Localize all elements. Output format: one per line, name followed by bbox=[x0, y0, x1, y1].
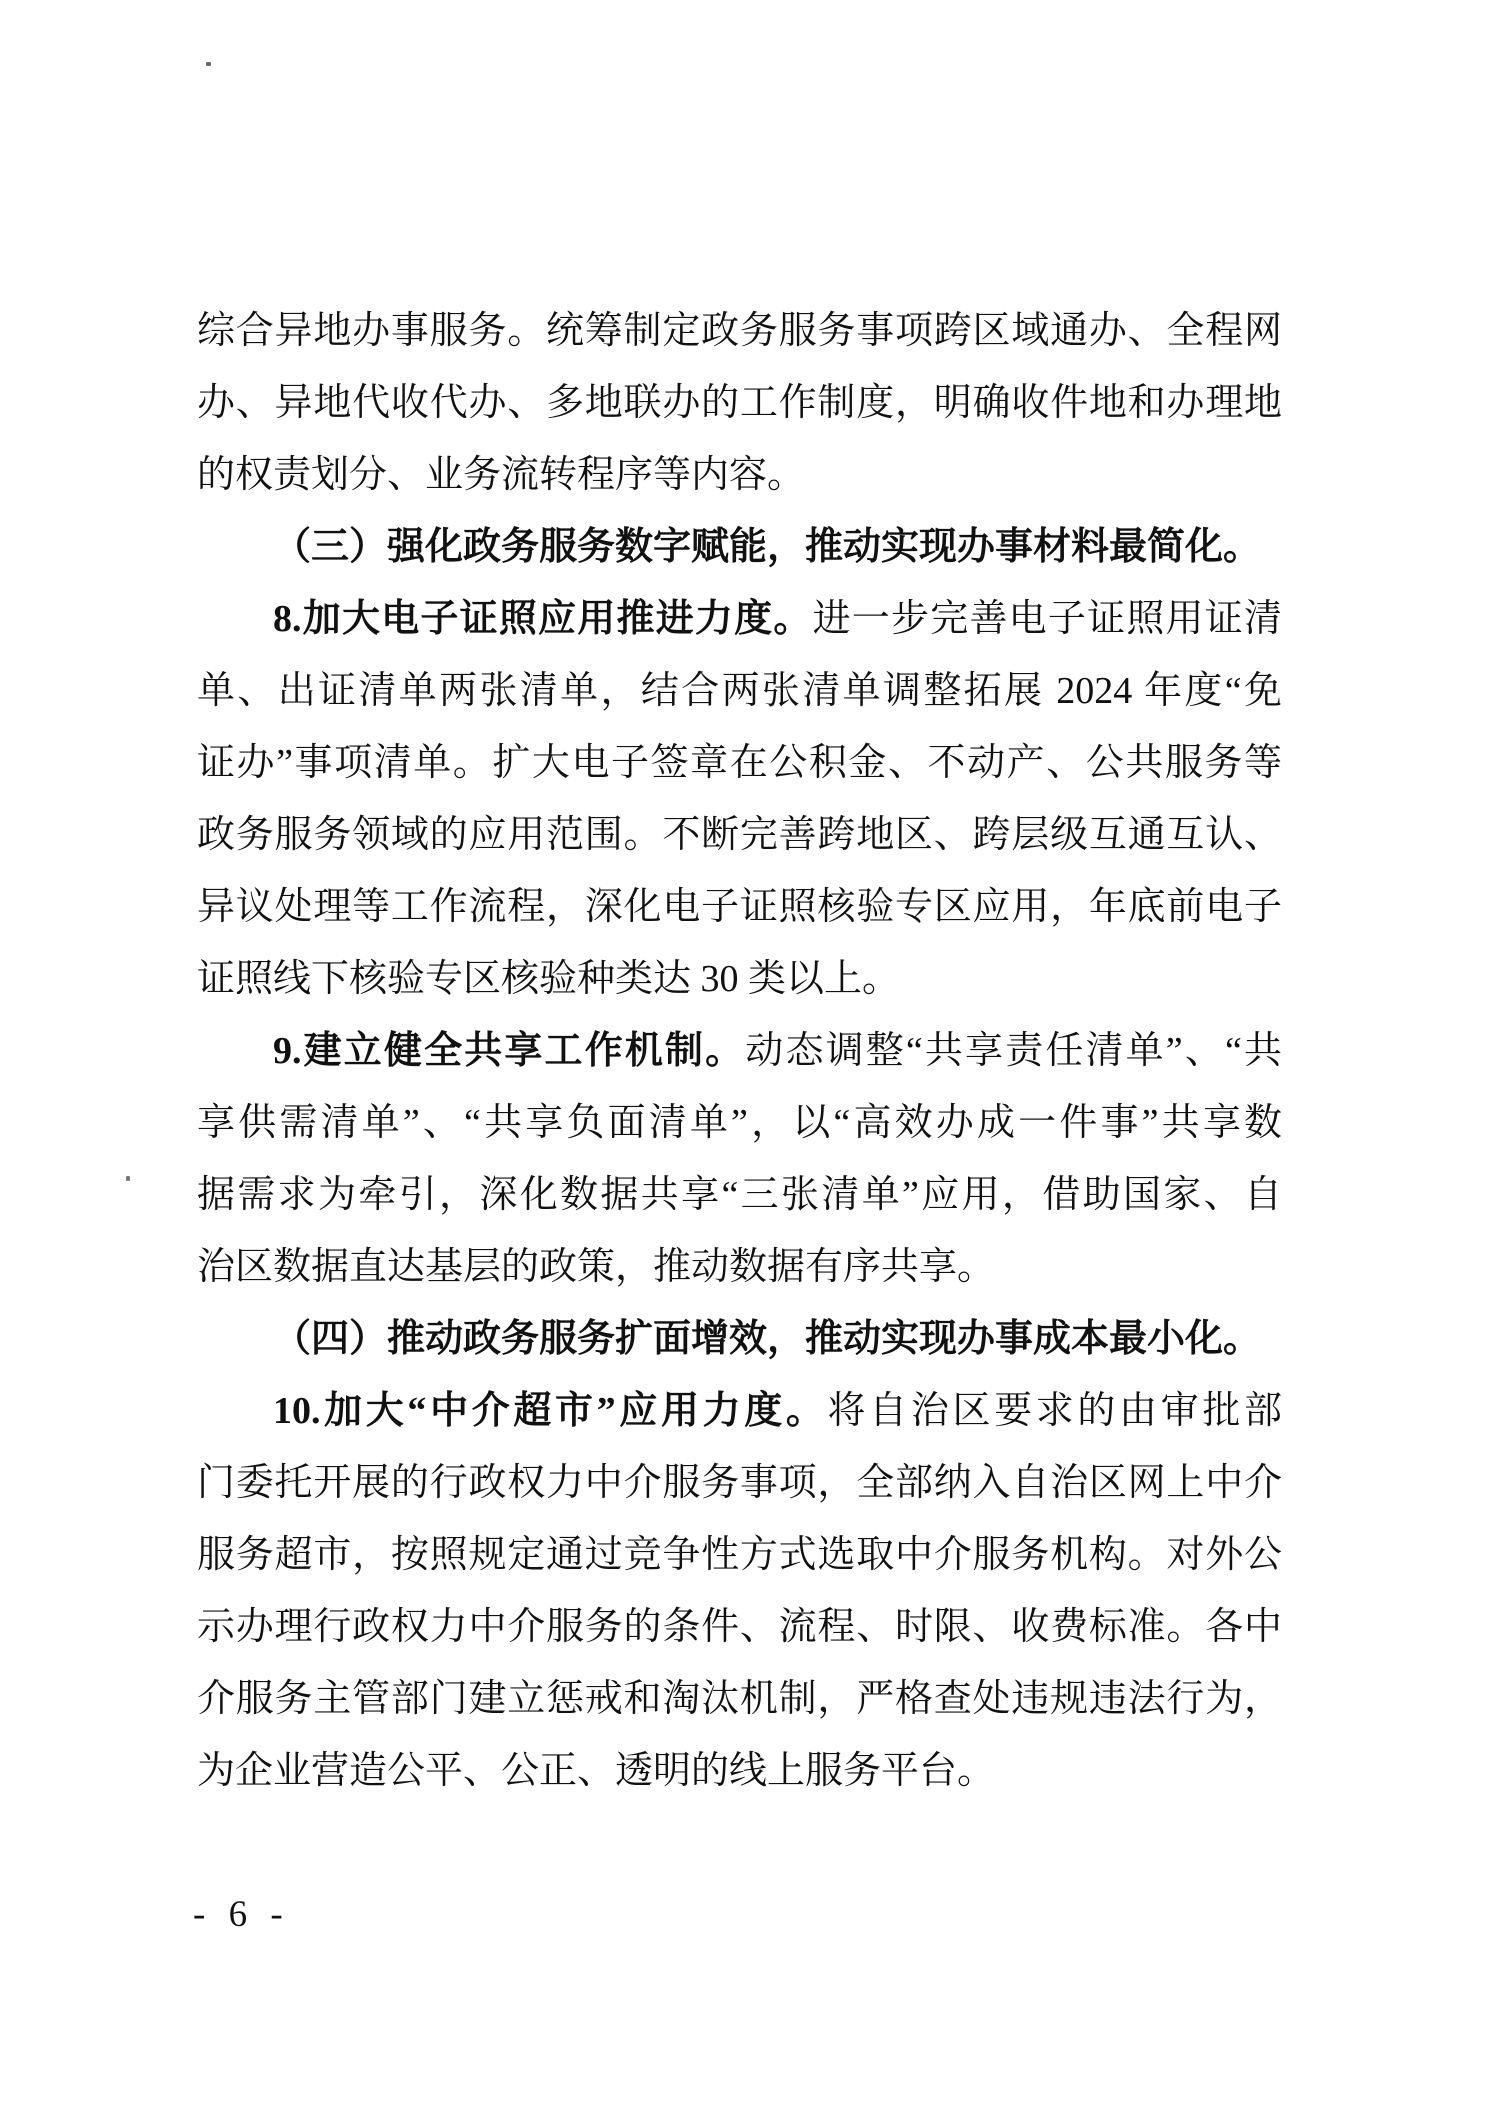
heading-text: （三）强化政务服务数字赋能，推动实现办事材料最简化。 bbox=[273, 526, 1261, 568]
paragraph-line: 证办”事项清单。扩大电子签章在公积金、不动产、公共服务等 bbox=[197, 727, 1282, 799]
paragraph-line: 证照线下核验专区核验种类达 30 类以上。 bbox=[197, 943, 1282, 1015]
paragraph-line: 的权责划分、业务流转程序等内容。 bbox=[197, 439, 1282, 511]
line-text: 动态调整“共享责任清单”、“共 bbox=[745, 1030, 1282, 1072]
line-text: 介服务主管部门建立惩戒和淘汰机制，严格查处违规违法行为， bbox=[197, 1678, 1282, 1720]
paragraph-line: 示办理行政权力中介服务的条件、流程、时限、收费标准。各中 bbox=[197, 1591, 1282, 1663]
item-lead: 8.加大电子证照应用推进力度。 bbox=[273, 598, 813, 640]
line-text: 证办”事项清单。扩大电子签章在公积金、不动产、公共服务等 bbox=[197, 742, 1282, 784]
item-lead: 9.建立健全共享工作机制。 bbox=[273, 1030, 745, 1072]
scan-speck bbox=[206, 62, 211, 66]
line-text: 单、出证清单两张清单，结合两张清单调整拓展 2024 年度“免 bbox=[197, 670, 1282, 712]
line-text: 示办理行政权力中介服务的条件、流程、时限、收费标准。各中 bbox=[197, 1606, 1282, 1648]
paragraph-line: 异议处理等工作流程，深化电子证照核验专区应用，年底前电子 bbox=[197, 871, 1282, 943]
heading-text: （四）推动政务服务扩面增效，推动实现办事成本最小化。 bbox=[273, 1318, 1261, 1360]
paragraph-line: 服务超市，按照规定通过竞争性方式选取中介服务机构。对外公 bbox=[197, 1519, 1282, 1591]
line-text: 政务服务领域的应用范围。不断完善跨地区、跨层级互通互认、 bbox=[197, 814, 1282, 856]
paragraph-line: 门委托开展的行政权力中介服务事项，全部纳入自治区网上中介 bbox=[197, 1447, 1282, 1519]
line-text: 享供需清单”、“共享负面清单”，以“高效办成一件事”共享数 bbox=[197, 1102, 1282, 1144]
section-heading: （四）推动政务服务扩面增效，推动实现办事成本最小化。 bbox=[197, 1303, 1282, 1375]
line-text: 服务超市，按照规定通过竞争性方式选取中介服务机构。对外公 bbox=[197, 1534, 1282, 1576]
paragraph-line: 治区数据直达基层的政策，推动数据有序共享。 bbox=[197, 1231, 1282, 1303]
section-heading: （三）强化政务服务数字赋能，推动实现办事材料最简化。 bbox=[197, 511, 1282, 583]
line-text: 为企业营造公平、公正、透明的线上服务平台。 bbox=[197, 1750, 995, 1792]
paragraph-line: 综合异地办事服务。统筹制定政务服务事项跨区域通办、全程网 bbox=[197, 295, 1282, 367]
item-lead: 10.加大“中介超市”应用力度。 bbox=[273, 1390, 828, 1432]
line-text: 进一步完善电子证照用证清 bbox=[813, 598, 1282, 640]
line-text: 异议处理等工作流程，深化电子证照核验专区应用，年底前电子 bbox=[197, 886, 1282, 928]
line-text: 将自治区要求的由审批部 bbox=[828, 1390, 1282, 1432]
paragraph-line: 10.加大“中介超市”应用力度。将自治区要求的由审批部 bbox=[197, 1375, 1282, 1447]
paragraph-line: 单、出证清单两张清单，结合两张清单调整拓展 2024 年度“免 bbox=[197, 655, 1282, 727]
paragraph-line: 据需求为牵引，深化数据共享“三张清单”应用，借助国家、自 bbox=[197, 1159, 1282, 1231]
paragraph-line: 8.加大电子证照应用推进力度。进一步完善电子证照用证清 bbox=[197, 583, 1282, 655]
paragraph-line: 9.建立健全共享工作机制。动态调整“共享责任清单”、“共 bbox=[197, 1015, 1282, 1087]
line-text: 综合异地办事服务。统筹制定政务服务事项跨区域通办、全程网 bbox=[197, 310, 1282, 352]
line-text: 门委托开展的行政权力中介服务事项，全部纳入自治区网上中介 bbox=[197, 1462, 1282, 1504]
paragraph-line: 为企业营造公平、公正、透明的线上服务平台。 bbox=[197, 1735, 1282, 1807]
page-number: - 6 - bbox=[193, 1893, 290, 1936]
line-text: 据需求为牵引，深化数据共享“三张清单”应用，借助国家、自 bbox=[197, 1174, 1282, 1216]
line-text: 的权责划分、业务流转程序等内容。 bbox=[197, 454, 805, 496]
line-text: 办、异地代收代办、多地联办的工作制度，明确收件地和办理地 bbox=[197, 382, 1282, 424]
scan-speck bbox=[126, 1176, 130, 1181]
paragraph-line: 享供需清单”、“共享负面清单”，以“高效办成一件事”共享数 bbox=[197, 1087, 1282, 1159]
paragraph-line: 介服务主管部门建立惩戒和淘汰机制，严格查处违规违法行为， bbox=[197, 1663, 1282, 1735]
paragraph-line: 政务服务领域的应用范围。不断完善跨地区、跨层级互通互认、 bbox=[197, 799, 1282, 871]
paragraph-line: 办、异地代收代办、多地联办的工作制度，明确收件地和办理地 bbox=[197, 367, 1282, 439]
document-body-text: 综合异地办事服务。统筹制定政务服务事项跨区域通办、全程网 办、异地代收代办、多地… bbox=[197, 295, 1282, 1807]
line-text: 治区数据直达基层的政策，推动数据有序共享。 bbox=[197, 1246, 995, 1288]
line-text: 证照线下核验专区核验种类达 30 类以上。 bbox=[197, 958, 900, 1000]
document-page: 综合异地办事服务。统筹制定政务服务事项跨区域通办、全程网 办、异地代收代办、多地… bbox=[0, 0, 1495, 2110]
